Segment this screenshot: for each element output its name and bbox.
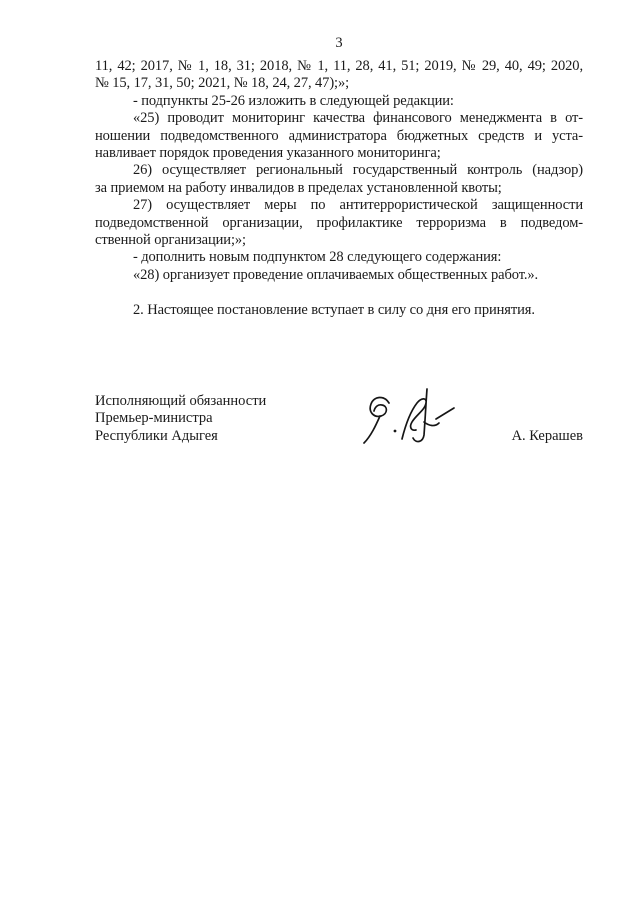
body-line: навливает порядок проведения указанного … (95, 145, 583, 162)
body-line: «25) проводит мониторинг качества финанс… (95, 110, 583, 127)
body-line: 27) осуществляет меры по антитеррористич… (95, 197, 583, 214)
body-line: за приемом на работу инвалидов в предела… (95, 180, 583, 197)
signature-dash (436, 408, 454, 419)
page-number: 3 (95, 35, 583, 52)
body-line: ственной организации;»; (95, 232, 583, 249)
document-body: 11, 42; 2017, № 1, 18, 31; 2018, № 1, 11… (95, 58, 583, 319)
body-line: - дополнить новым подпунктом 28 следующе… (95, 249, 583, 266)
body-line: «28) организует проведение оплачиваемых … (95, 267, 583, 284)
body-line: - подпункты 25-26 изложить в следующей р… (95, 93, 583, 110)
body-line: 2. Настоящее постановление вступает в си… (95, 302, 583, 319)
signer-name: А. Керашев (95, 428, 583, 445)
body-line: ношении подведомственного администратора… (95, 128, 583, 145)
body-line: 11, 42; 2017, № 1, 18, 31; 2018, № 1, 11… (95, 58, 583, 75)
body-line: № 15, 17, 31, 50; 2021, № 18, 24, 27, 47… (95, 75, 583, 92)
body-line: 26) осуществляет региональный государств… (95, 162, 583, 179)
body-line: подведомственной организации, профилакти… (95, 215, 583, 232)
body-line (95, 284, 583, 301)
document-page: 3 11, 42; 2017, № 1, 18, 31; 2018, № 1, … (0, 0, 640, 905)
